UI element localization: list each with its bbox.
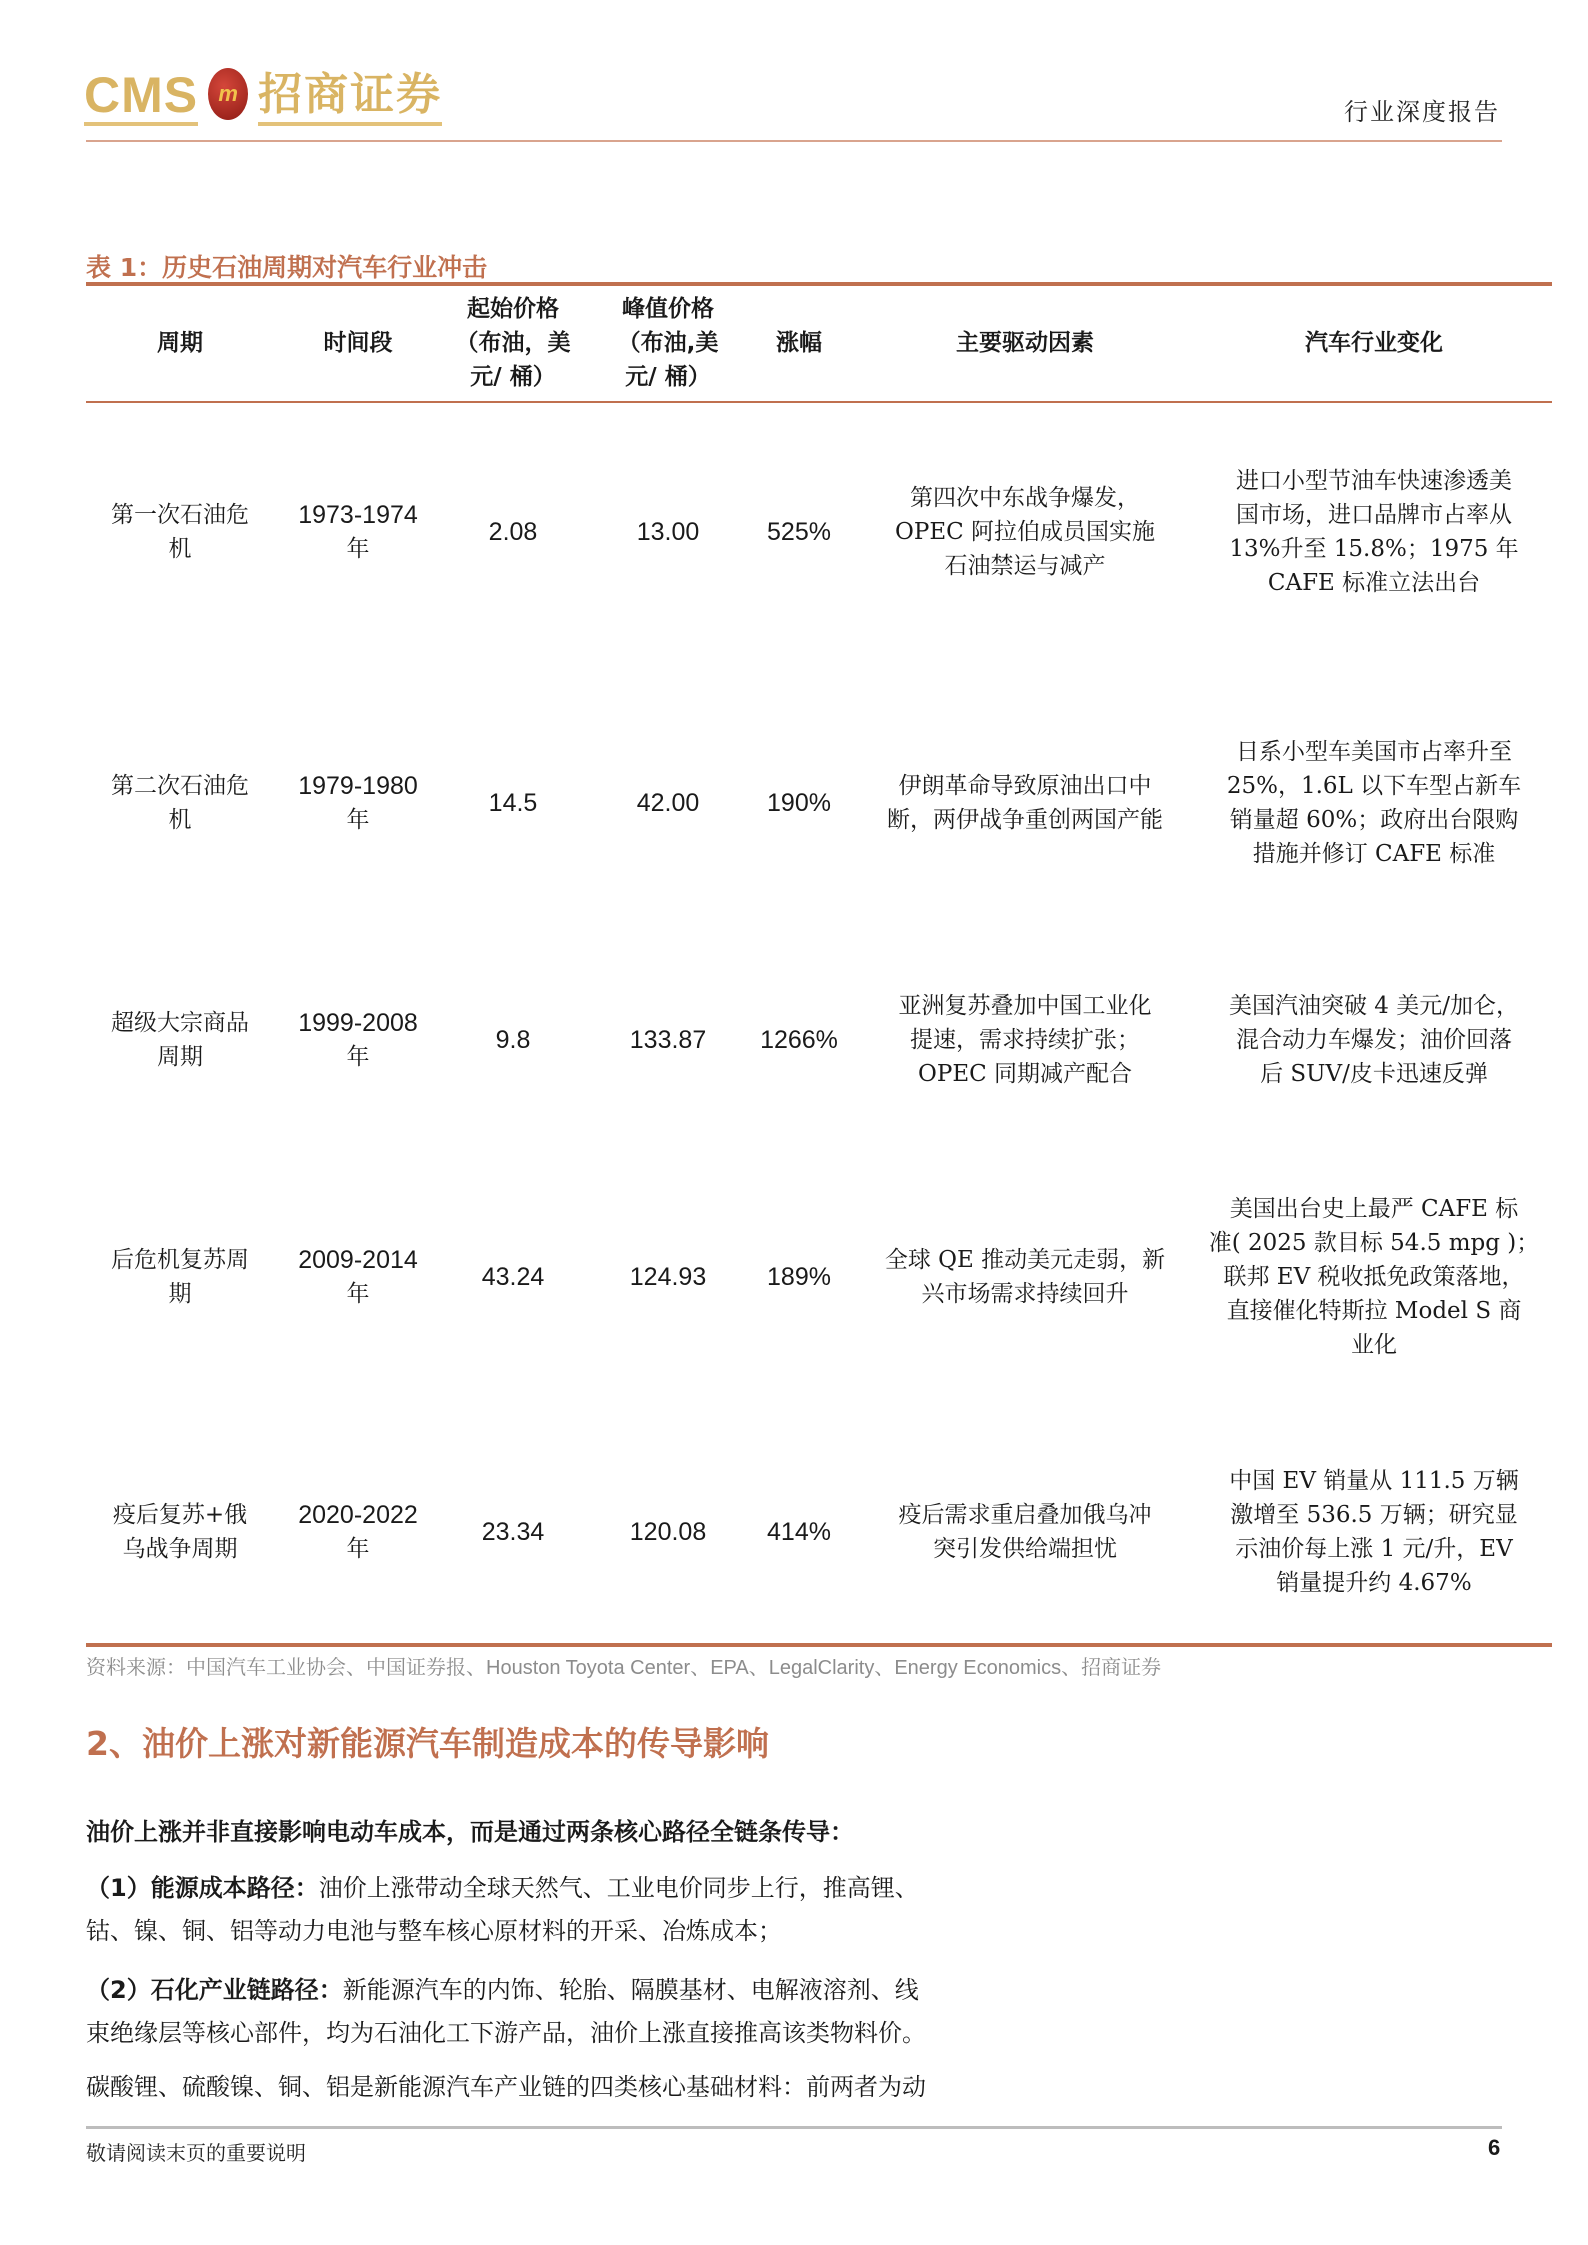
cell-peak-price: 133.87 <box>630 1023 706 1057</box>
cell-line: 亚洲复苏叠加中国工业化 <box>860 989 1190 1023</box>
cell-line: 期 <box>111 1277 249 1311</box>
report-type: 行业深度报告 <box>1344 92 1500 127</box>
cell-peak-price: 120.08 <box>630 1515 706 1549</box>
cell-period: 2020-2022 年 <box>298 1498 418 1566</box>
path1-text: 油价上涨带动全球天然气、工业电价同步上行，推高锂、 <box>319 1874 919 1902</box>
cell-line: 第二次石油危 <box>111 769 249 803</box>
cell-increase: 525% <box>767 515 831 549</box>
footer-divider <box>86 2126 1502 2129</box>
cell-start-price: 23.34 <box>482 1515 545 1549</box>
cell-increase: 189% <box>767 1260 831 1294</box>
cell-cycle: 后危机复苏周 期 <box>111 1243 249 1311</box>
cell-line: 1973-1974 <box>298 498 418 532</box>
cell-period: 1979-1980 年 <box>298 769 418 837</box>
cell-drivers: 疫后需求重启叠加俄乌冲 突引发供给端担忧 <box>860 1498 1190 1566</box>
cell-line: 销量提升约 4.67% <box>1209 1566 1539 1600</box>
cell-line: 机 <box>111 532 249 566</box>
cell-line: 突引发供给端担忧 <box>860 1532 1190 1566</box>
col-header-line: 峰值价格 <box>618 292 719 326</box>
col-header-cycle: 周期 <box>157 326 203 360</box>
cell-line: 25%，1.6L 以下车型占新车 <box>1209 769 1539 803</box>
logo-text-en: CMS <box>84 70 198 126</box>
col-header-line: 汽车行业变化 <box>1305 326 1443 360</box>
table-source: 资料来源：中国汽车工业协会、中国证券报、Houston Toyota Cente… <box>86 1651 1161 1680</box>
cell-line: 乌战争周期 <box>113 1532 247 1566</box>
path2-label: （2）石化产业链路径： <box>86 1976 343 2004</box>
table-header-rule <box>86 401 1552 403</box>
path1-text-cont: 钴、镍、铜、铝等动力电池与整车核心原材料的开采、冶炼成本； <box>86 1910 1086 1953</box>
cell-peak-price: 13.00 <box>637 515 700 549</box>
cell-changes: 日系小型车美国市占率升至 25%，1.6L 以下车型占新车 销量超 60%；政府… <box>1209 735 1539 871</box>
cell-line: 机 <box>111 803 249 837</box>
cell-cycle: 第一次石油危 机 <box>111 498 249 566</box>
cell-period: 2009-2014 年 <box>298 1243 418 1311</box>
cell-start-price: 43.24 <box>482 1260 545 1294</box>
logo-text-cn: 招商证券 <box>258 70 442 126</box>
cell-line: 激增至 536.5 万辆；研究显 <box>1209 1498 1539 1532</box>
cell-line: 年 <box>298 803 418 837</box>
cell-line: 日系小型车美国市占率升至 <box>1209 735 1539 769</box>
footer-note: 敬请阅读末页的重要说明 <box>86 2137 306 2166</box>
cell-line: 美国出台史上最严 CAFE 标 <box>1204 1192 1544 1226</box>
cell-line: 伊朗革命导致原油出口中 <box>860 769 1190 803</box>
cell-line: 2009-2014 <box>298 1243 418 1277</box>
cell-changes: 进口小型节油车快速渗透美 国市场，进口品牌市占率从 13%升至 15.8%；19… <box>1209 464 1539 600</box>
col-header-line: 起始价格 <box>456 292 571 326</box>
cell-line: 措施并修订 CAFE 标准 <box>1209 837 1539 871</box>
cell-line: 年 <box>298 1277 418 1311</box>
col-header-line: 时间段 <box>324 326 393 360</box>
col-header-line: （布油,美 <box>618 326 719 360</box>
col-header-line: 元/ 桶） <box>618 360 719 394</box>
cell-increase: 414% <box>767 1515 831 1549</box>
cell-line: 兴市场需求持续回升 <box>860 1277 1190 1311</box>
cell-line: 提速，需求持续扩张； <box>860 1023 1190 1057</box>
cell-drivers: 伊朗革命导致原油出口中 断，两伊战争重创两国产能 <box>860 769 1190 837</box>
col-header-line: 周期 <box>157 326 203 360</box>
section-heading: 2、油价上涨对新能源汽车制造成本的传导影响 <box>86 1718 769 1765</box>
cell-changes: 中国 EV 销量从 111.5 万辆 激增至 536.5 万辆；研究显 示油价每… <box>1209 1464 1539 1600</box>
cell-changes: 美国出台史上最严 CAFE 标 准( 2025 款目标 54.5 mpg )； … <box>1204 1192 1544 1362</box>
cell-line: 销量超 60%；政府出台限购 <box>1209 803 1539 837</box>
cell-period: 1973-1974 年 <box>298 498 418 566</box>
cell-start-price: 9.8 <box>496 1023 531 1057</box>
cell-line: 进口小型节油车快速渗透美 <box>1209 464 1539 498</box>
cell-line: 国市场，进口品牌市占率从 <box>1209 498 1539 532</box>
cell-line: OPEC 阿拉伯成员国实施 <box>865 515 1185 549</box>
cell-line: 断，两伊战争重创两国产能 <box>860 803 1190 837</box>
cell-line: 联邦 EV 税收抵免政策落地， <box>1204 1260 1544 1294</box>
cell-increase: 190% <box>767 786 831 820</box>
logo-badge-icon: m <box>208 68 248 120</box>
cell-line: 年 <box>298 1532 418 1566</box>
cell-drivers: 第四次中东战争爆发， OPEC 阿拉伯成员国实施 石油禁运与减产 <box>865 481 1185 583</box>
cell-increase: 1266% <box>760 1023 838 1057</box>
cell-line: 第四次中东战争爆发， <box>865 481 1185 515</box>
cell-line: 美国汽油突破 4 美元/加仑， <box>1209 989 1539 1023</box>
table-top-rule <box>86 282 1552 286</box>
cell-line: 疫后复苏+俄 <box>113 1498 247 1532</box>
cell-line: OPEC 同期减产配合 <box>860 1057 1190 1091</box>
path2-text-cont: 束绝缘层等核心部件，均为石油化工下游产品，油价上涨直接推高该类物料价。 <box>86 2012 1086 2055</box>
section-intro: 油价上涨并非直接影响电动车成本，而是通过两条核心路径全链条传导： <box>86 1811 1086 1854</box>
cell-line: 1979-1980 <box>298 769 418 803</box>
cell-line: 中国 EV 销量从 111.5 万辆 <box>1209 1464 1539 1498</box>
cell-line: 示油价每上涨 1 元/升，EV <box>1209 1532 1539 1566</box>
cell-period: 1999-2008 年 <box>298 1006 418 1074</box>
cell-drivers: 亚洲复苏叠加中国工业化 提速，需求持续扩张； OPEC 同期减产配合 <box>860 989 1190 1091</box>
cell-line: 超级大宗商品 <box>111 1006 249 1040</box>
materials-paragraph: 碳酸锂、硫酸镍、铜、铝是新能源汽车产业链的四类核心基础材料：前两者为动 <box>86 2066 1086 2109</box>
cell-line: 2020-2022 <box>298 1498 418 1532</box>
cell-line: 年 <box>298 532 418 566</box>
cell-line: 疫后需求重启叠加俄乌冲 <box>860 1498 1190 1532</box>
cell-line: 1999-2008 <box>298 1006 418 1040</box>
page-number: 6 <box>1488 2135 1500 2161</box>
cell-start-price: 14.5 <box>489 786 538 820</box>
col-header-drivers: 主要驱动因素 <box>956 326 1094 360</box>
cell-line: 直接催化特斯拉 Model S 商 <box>1204 1294 1544 1328</box>
cell-line: 准( 2025 款目标 54.5 mpg )； <box>1204 1226 1544 1260</box>
col-header-line: 主要驱动因素 <box>956 326 1094 360</box>
cell-peak-price: 42.00 <box>637 786 700 820</box>
cell-start-price: 2.08 <box>489 515 538 549</box>
cell-line: 业化 <box>1204 1328 1544 1362</box>
cell-line: CAFE 标准立法出台 <box>1209 566 1539 600</box>
cell-line: 周期 <box>111 1040 249 1074</box>
path2-text: 新能源汽车的内饰、轮胎、隔膜基材、电解液溶剂、线 <box>343 1976 919 2004</box>
cell-cycle: 超级大宗商品 周期 <box>111 1006 249 1074</box>
cell-line: 混合动力车爆发；油价回落 <box>1209 1023 1539 1057</box>
cell-line: 13%升至 15.8%；1975 年 <box>1209 532 1539 566</box>
col-header-peak-price: 峰值价格 （布油,美 元/ 桶） <box>618 292 719 394</box>
col-header-line: 涨幅 <box>776 326 822 360</box>
cell-line: 第一次石油危 <box>111 498 249 532</box>
header-divider <box>86 140 1502 142</box>
path1-paragraph: （1）能源成本路径：油价上涨带动全球天然气、工业电价同步上行，推高锂、 钴、镍、… <box>86 1867 1086 1953</box>
table-bottom-rule <box>86 1643 1552 1647</box>
col-header-period: 时间段 <box>324 326 393 360</box>
col-header-start-price: 起始价格 （布油，美 元/ 桶） <box>456 292 571 394</box>
cell-cycle: 第二次石油危 机 <box>111 769 249 837</box>
cell-changes: 美国汽油突破 4 美元/加仑， 混合动力车爆发；油价回落 后 SUV/皮卡迅速反… <box>1209 989 1539 1091</box>
cell-line: 年 <box>298 1040 418 1074</box>
col-header-increase: 涨幅 <box>776 326 822 360</box>
col-header-changes: 汽车行业变化 <box>1305 326 1443 360</box>
cell-drivers: 全球 QE 推动美元走弱，新 兴市场需求持续回升 <box>860 1243 1190 1311</box>
cell-line: 全球 QE 推动美元走弱，新 <box>860 1243 1190 1277</box>
table-title: 表 1：历史石油周期对汽车行业冲击 <box>86 248 487 284</box>
col-header-line: 元/ 桶） <box>456 360 571 394</box>
path1-label: （1）能源成本路径： <box>86 1874 319 1902</box>
cell-cycle: 疫后复苏+俄 乌战争周期 <box>113 1498 247 1566</box>
cell-line: 石油禁运与减产 <box>865 549 1185 583</box>
col-header-line: （布油，美 <box>456 326 571 360</box>
cell-line: 后 SUV/皮卡迅速反弹 <box>1209 1057 1539 1091</box>
cms-logo: CMS m 招商证券 <box>84 60 442 126</box>
path2-paragraph: （2）石化产业链路径：新能源汽车的内饰、轮胎、隔膜基材、电解液溶剂、线 束绝缘层… <box>86 1969 1086 2055</box>
cell-line: 后危机复苏周 <box>111 1243 249 1277</box>
cell-peak-price: 124.93 <box>630 1260 706 1294</box>
